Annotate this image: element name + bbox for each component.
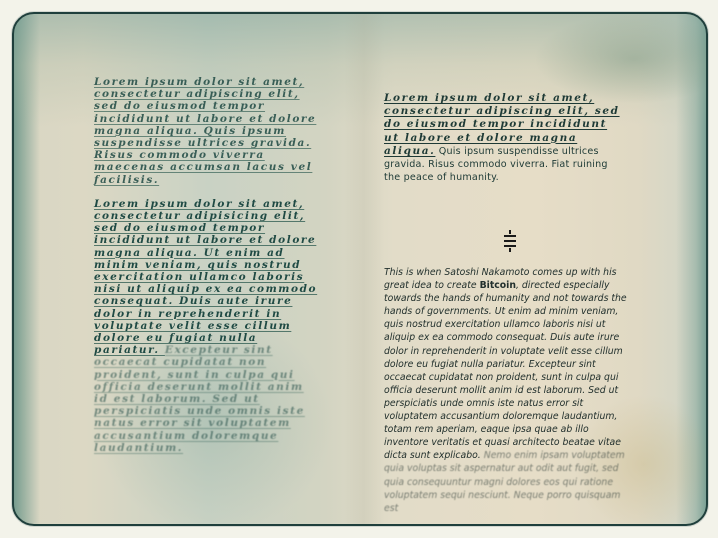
left-script-paragraph-2-clear: Lorem ipsum dolor sit amet, consectetur …: [94, 198, 317, 356]
bitcoin-story-paragraph: This is when Satoshi Nakamoto comes up w…: [384, 266, 628, 515]
right-page-column: Lorem ipsum dolor sit amet, consectetur …: [384, 92, 624, 184]
bitcoin-symbol-icon: [501, 230, 519, 252]
page-gutter-shadow: [344, 14, 384, 524]
left-script-paragraph-2: Lorem ipsum dolor sit amet, consectetur …: [94, 198, 319, 454]
right-intro-paragraph: Lorem ipsum dolor sit amet, consectetur …: [384, 92, 624, 184]
left-script-paragraph-2-faded: Excepteur sint occaecat cupidatat non pr…: [94, 344, 305, 454]
left-page-column: Lorem ipsum dolor sit amet, consectetur …: [94, 76, 319, 454]
body-rest-text: , directed especially towards the hands …: [384, 280, 627, 461]
left-script-paragraph-1: Lorem ipsum dolor sit amet, consectetur …: [94, 76, 319, 186]
bitcoin-bold-text: Bitcoin: [480, 280, 516, 291]
paper-stain: [534, 14, 708, 104]
